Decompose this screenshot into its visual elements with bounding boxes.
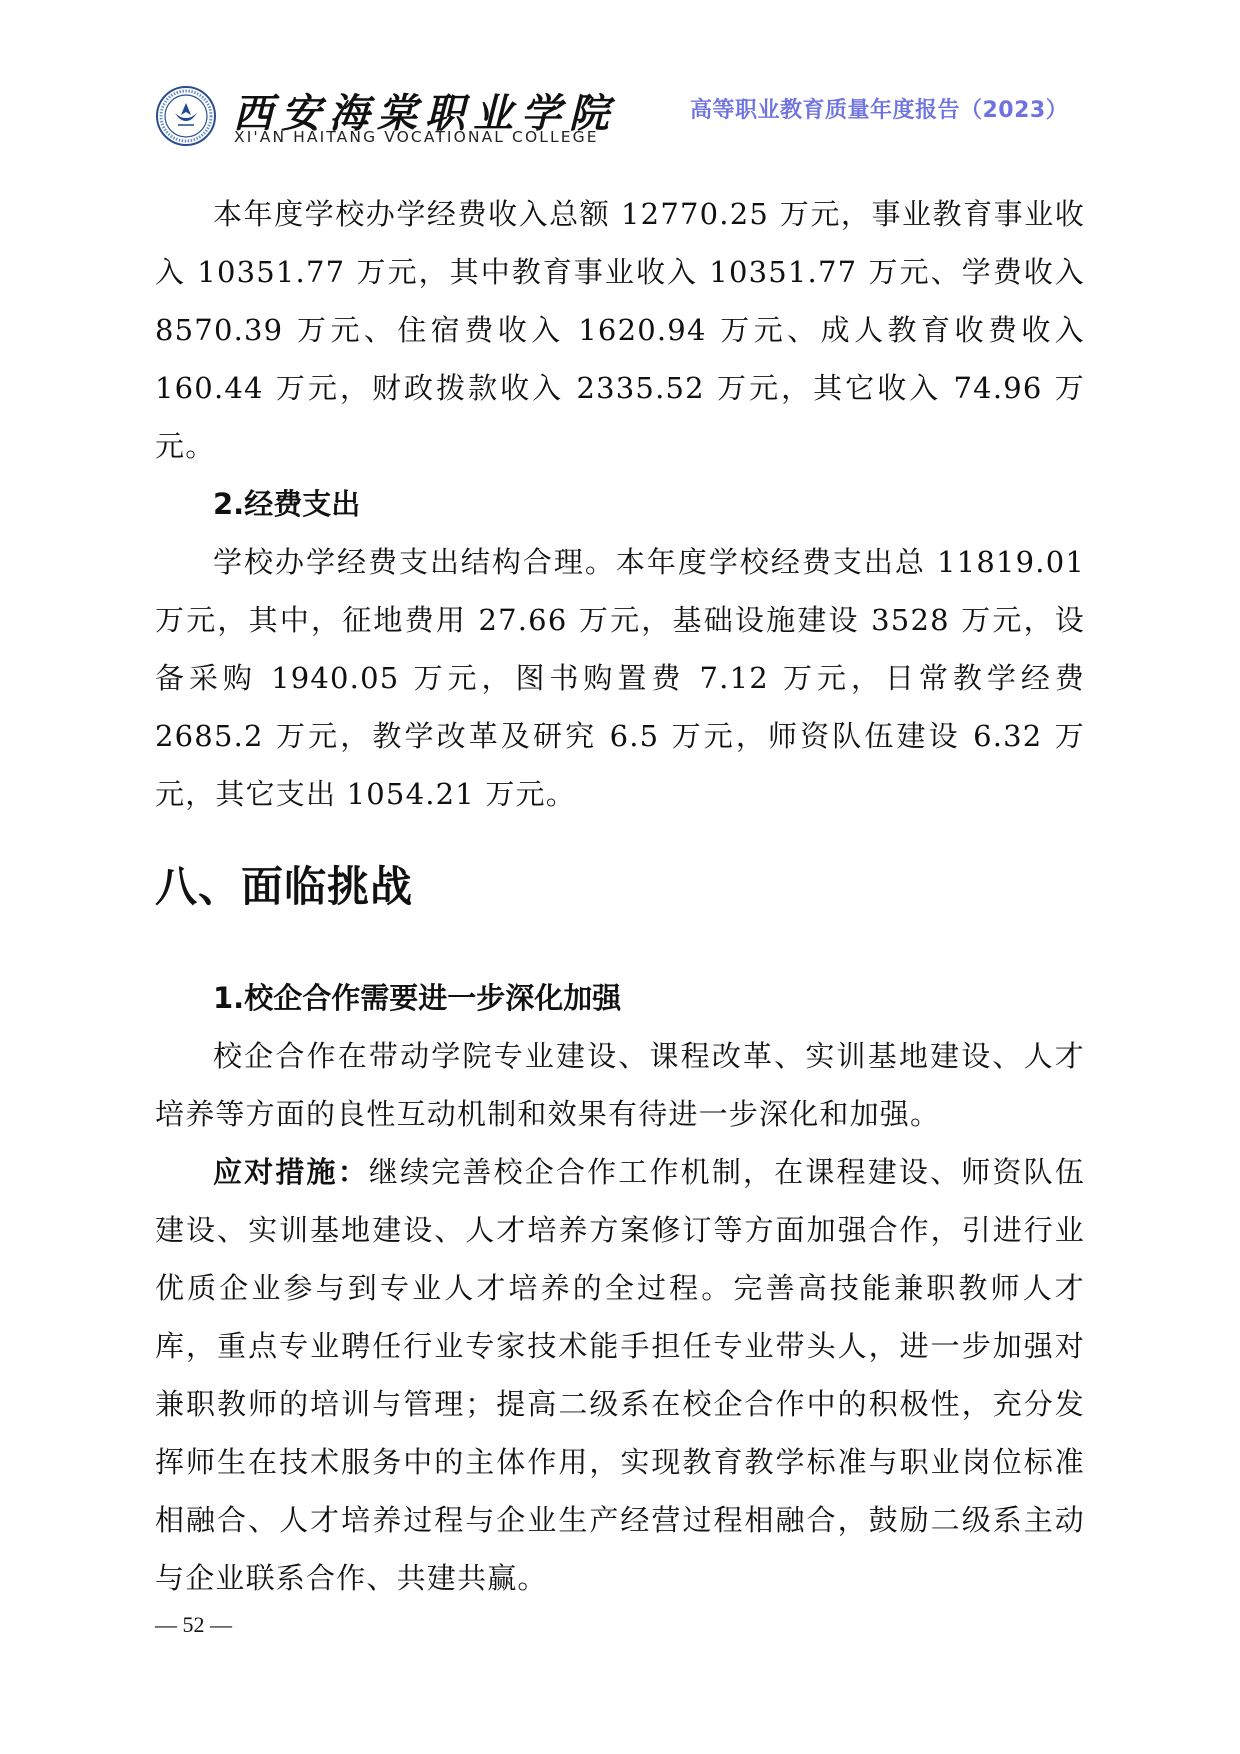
report-title: 高等职业教育质量年度报告（2023）	[690, 93, 1068, 124]
page-number: — 52 —	[155, 1612, 232, 1638]
college-emblem-icon	[155, 85, 217, 147]
school-name-english: XI'AN HAITANG VOCATIONAL COLLEGE	[234, 128, 599, 146]
expenditure-heading: 2.经费支出	[155, 475, 1085, 533]
expenditure-paragraph: 学校办学经费支出结构合理。本年度学校经费支出总 11819.01 万元，其中，征…	[155, 533, 1085, 823]
measures-text: 继续完善校企合作工作机制，在课程建设、师资队伍建设、实训基地建设、人才培养方案修…	[155, 1155, 1085, 1595]
page-header: 西安海棠职业学院 XI'AN HAITANG VOCATIONAL COLLEG…	[0, 0, 1240, 150]
income-paragraph: 本年度学校办学经费收入总额 12770.25 万元，事业教育事业收入 10351…	[155, 185, 1085, 475]
challenge-paragraph: 校企合作在带动学院专业建设、课程改革、实训基地建设、人才培养等方面的良性互动机制…	[155, 1027, 1085, 1143]
challenge-heading: 1.校企合作需要进一步深化加强	[155, 969, 1085, 1027]
page-content: 本年度学校办学经费收入总额 12770.25 万元，事业教育事业收入 10351…	[155, 185, 1085, 1607]
section-title: 八、面临挑战	[155, 857, 1085, 917]
measures-label: 应对措施：	[213, 1155, 369, 1189]
measures-paragraph: 应对措施：继续完善校企合作工作机制，在课程建设、师资队伍建设、实训基地建设、人才…	[155, 1143, 1085, 1607]
